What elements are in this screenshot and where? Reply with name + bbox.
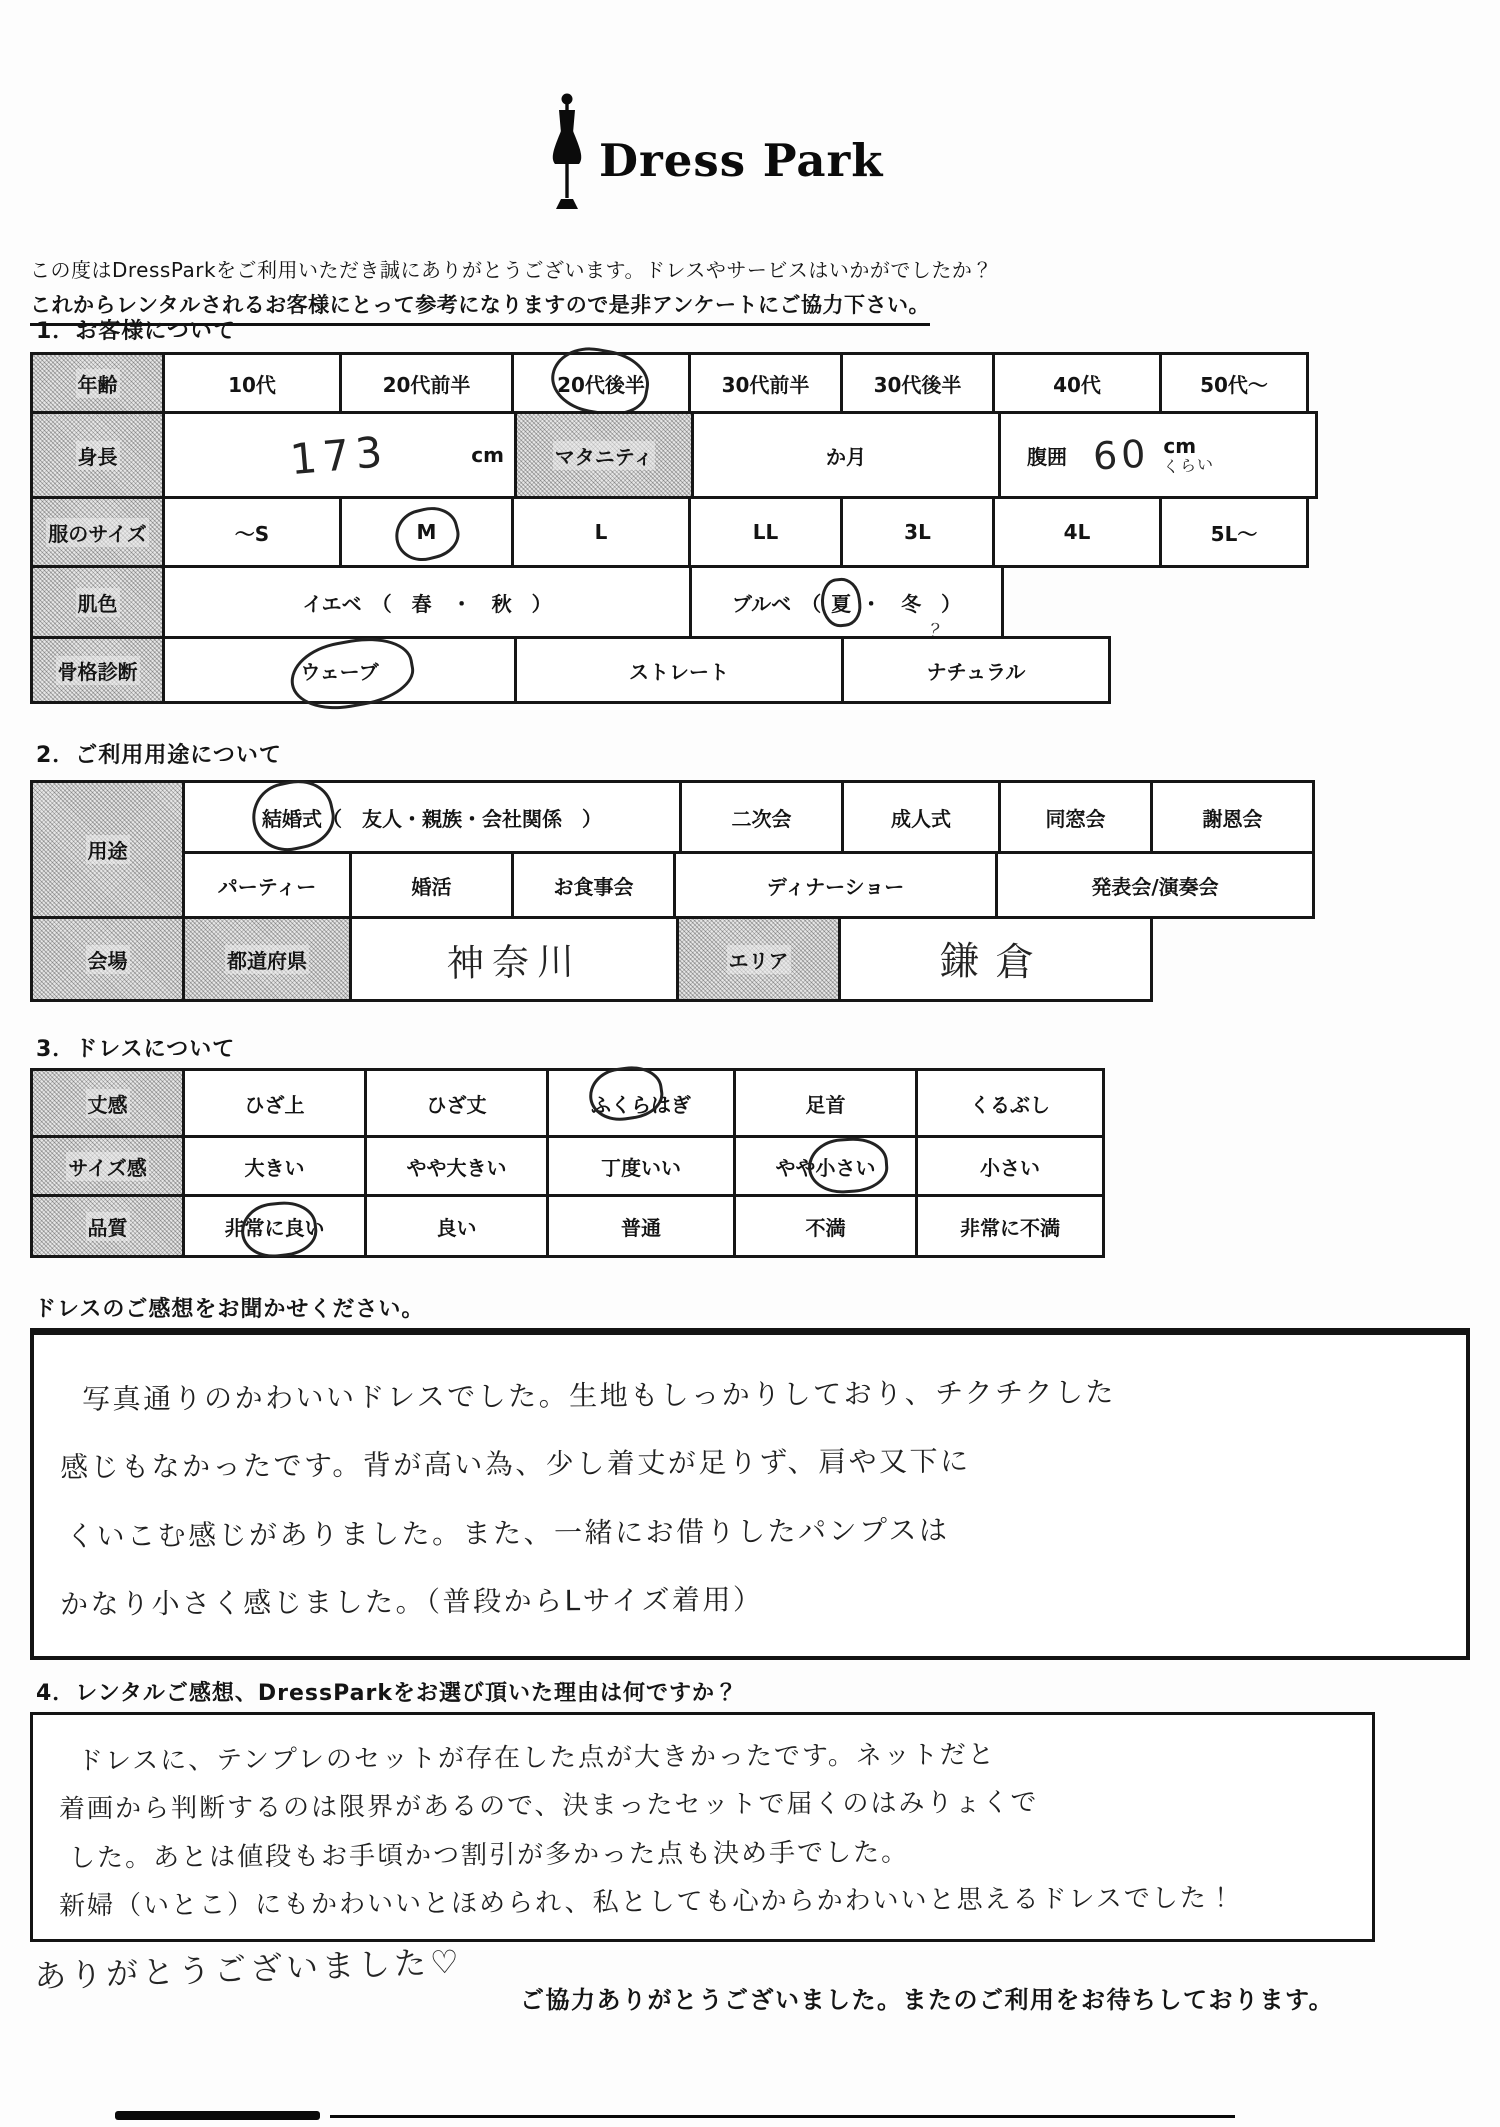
length-option: 足首 — [806, 1089, 846, 1118]
size-option: LL — [753, 520, 779, 544]
skin-yellow-cell: イエベ （ 春 ・ 秋 ） — [162, 565, 692, 639]
size-label: 服のサイズ — [46, 518, 148, 547]
fit-option-cell: 小さい — [915, 1135, 1105, 1197]
size-row: 服のサイズ ～S M L LL 3L 4L 5L～ — [30, 496, 1318, 568]
size-option: 3L — [904, 520, 931, 544]
age-option-cell: 20代後半 — [511, 352, 691, 414]
intro-line-1: この度はDressParkをご利用いただき誠にありがとうございます。ドレスやサー… — [30, 254, 993, 283]
purpose-option: 発表会/演奏会 — [1091, 871, 1218, 900]
size-option-cell: M — [339, 496, 514, 568]
age-option: 20代前半 — [383, 369, 471, 398]
wedding-detail: （ 友人・親族・会社関係 ） — [322, 803, 602, 832]
purpose-label: 用途 — [86, 835, 130, 864]
quality-option-cell: 良い — [364, 1194, 549, 1258]
area-value-cell: 鎌倉 — [838, 916, 1153, 1002]
size-option: L — [595, 520, 608, 544]
height-handwritten-value: 173 — [288, 426, 390, 483]
fit-row: サイズ感 大きい やや大きい 丁度いい やや小さい 小さい — [30, 1135, 1105, 1197]
purpose-option-cell: パーティー — [182, 851, 352, 919]
length-option: ひざ丈 — [427, 1089, 487, 1118]
section2-title: 2．ご利用用途について — [36, 738, 282, 769]
usage-table: 用途 結婚式 （ 友人・親族・会社関係 ） 二次会 成人式 同窓会 謝恩会 パー… — [30, 780, 1315, 1002]
age-option-cell: 30代後半 — [840, 352, 995, 414]
maternity-months-cell: か月 — [691, 411, 1001, 499]
size-option: 5L～ — [1211, 518, 1258, 547]
area-label: エリア — [727, 945, 791, 974]
questionnaire-page: Dress Park この度はDressParkをご利用いただき誠にありがとうご… — [0, 0, 1500, 2127]
purpose-option: 謝恩会 — [1203, 803, 1263, 832]
waist-label: 腹囲 — [1027, 441, 1067, 470]
skin-blue-cell: ブルベ （ 夏 ・ 冬 ） ？ — [689, 565, 1004, 639]
scan-artifact-line — [330, 2115, 1235, 2118]
maternity-unit: か月 — [826, 441, 866, 470]
handwritten-line: 着画から判断するのは限界があるので、決まったセットで届くのはみりょくで — [59, 1780, 1346, 1826]
length-option-cell: ひざ丈 — [364, 1068, 549, 1138]
length-label: 丈感 — [86, 1089, 130, 1118]
height-value-cell: 173 cm — [162, 411, 517, 499]
purpose-option: 成人式 — [891, 803, 951, 832]
skin-tone-row: 肌色 イエベ （ 春 ・ 秋 ） ブルベ （ 夏 ・ 冬 ） ？ — [30, 565, 1318, 639]
area-handwritten-value: 鎌倉 — [940, 930, 1051, 988]
fit-option-cell: 丁度いい — [546, 1135, 736, 1197]
age-option: 50代～ — [1200, 369, 1268, 398]
venue-label: 会場 — [86, 945, 130, 974]
quality-row: 品質 非常に良い 良い 普通 不満 非常に不満 — [30, 1194, 1105, 1258]
age-option-cell: 10代 — [162, 352, 342, 414]
section3-title: 3．ドレスについて — [36, 1032, 235, 1063]
skeleton-row: 骨格診断 ウェーブ ストレート ナチュラル — [30, 636, 1318, 704]
height-header-cell: 身長 — [30, 411, 165, 499]
length-option-cell: くるぶし — [915, 1068, 1105, 1138]
age-label: 年齢 — [76, 369, 120, 398]
purpose-option: ディナーショー — [767, 871, 905, 900]
quality-option-cell: 非常に良い — [182, 1194, 367, 1258]
skeleton-selected-circle: ウェーブ — [300, 656, 378, 685]
handwritten-thanks: ありがとうございました♡ — [33, 1937, 463, 1998]
quality-label: 品質 — [86, 1212, 130, 1241]
fit-header-cell: サイズ感 — [30, 1135, 185, 1197]
skeleton-header-cell: 骨格診断 — [30, 636, 165, 704]
section4-title: 4．レンタルご感想、DressParkをお選び頂いた理由は何ですか？ — [36, 1676, 738, 1707]
quality-option: 良い — [437, 1212, 477, 1241]
quality-option-cell: 不満 — [733, 1194, 918, 1258]
quality-option-cell: 非常に不満 — [915, 1194, 1105, 1258]
handwritten-line: 写真通りのかわいいドレスでした。生地もしっかりしており、チクチクした — [82, 1368, 1440, 1417]
purpose-option: 二次会 — [732, 803, 792, 832]
scan-artifact-bar — [115, 2111, 320, 2120]
purpose-option-cell: 婚活 — [349, 851, 514, 919]
purpose-option-cell: ディナーショー — [673, 851, 998, 919]
handwritten-line: くいこむ感じがありました。また、一緒にお借りしたパンプスは — [66, 1505, 1440, 1555]
maternity-header-cell: マタニティ — [514, 411, 694, 499]
purpose-row-2: パーティー 婚活 お食事会 ディナーショー 発表会/演奏会 — [182, 851, 1315, 919]
height-row: 身長 173 cm マタニティ か月 腹囲 60 cm くらい — [30, 411, 1318, 499]
age-header-cell: 年齢 — [30, 352, 165, 414]
purpose-option-cell: 同窓会 — [998, 780, 1153, 854]
quality-option: 不満 — [806, 1212, 846, 1241]
section1-title: 1．お客様について — [36, 314, 236, 345]
handwritten-line: 感じもなかったです。背が高い為、少し着丈が足りず、肩や又下に — [60, 1437, 1440, 1487]
purpose-option-cell: 発表会/演奏会 — [995, 851, 1315, 919]
skin-blue-option-suffix: ・ 冬 ） — [861, 588, 961, 617]
venue-row: 会場 都道府県 神奈川 エリア 鎌倉 — [30, 916, 1315, 1002]
fit-option-cell: やや小さい — [733, 1135, 918, 1197]
length-option-cell: 足首 — [733, 1068, 918, 1138]
purpose-option-cell: お食事会 — [511, 851, 676, 919]
purpose-block: 用途 結婚式 （ 友人・親族・会社関係 ） 二次会 成人式 同窓会 謝恩会 パー… — [30, 780, 1315, 919]
area-header-cell: エリア — [676, 916, 841, 1002]
waist-cell: 腹囲 60 cm くらい — [998, 411, 1318, 499]
size-header-cell: 服のサイズ — [30, 496, 165, 568]
brand-text: Dress Park — [599, 134, 883, 187]
quality-option: 普通 — [621, 1212, 661, 1241]
skeleton-option: ナチュラル — [927, 656, 1026, 685]
height-unit: cm — [471, 443, 504, 467]
age-option-cell: 40代 — [992, 352, 1162, 414]
prefecture-value-cell: 神奈川 — [349, 916, 679, 1002]
wedding-cell: 結婚式 （ 友人・親族・会社関係 ） — [182, 780, 682, 854]
rental-feedback-box: ドレスに、テンプレのセットが存在した点が大きかったです。ネットだと 着画から判断… — [30, 1712, 1375, 1942]
age-selected-circle: 20代後半 — [557, 369, 645, 398]
length-option-cell: ひざ上 — [182, 1068, 367, 1138]
fit-option: 丁度いい — [601, 1152, 681, 1181]
fit-label: サイズ感 — [66, 1152, 148, 1181]
dress-table: 丈感 ひざ上 ひざ丈 ふくらはぎ 足首 くるぶし サイズ感 大きい やや大きい … — [30, 1068, 1105, 1258]
size-option-cell: 3L — [840, 496, 995, 568]
purpose-options: 結婚式 （ 友人・親族・会社関係 ） 二次会 成人式 同窓会 謝恩会 パーティー… — [182, 780, 1315, 919]
length-option: くるぶし — [970, 1089, 1050, 1118]
handwritten-line: 新婦（いとこ）にもかわいいとほめられ、私としても心からかわいいと思えるドレスでし… — [59, 1876, 1346, 1922]
age-option: 40代 — [1053, 369, 1101, 398]
age-option: 10代 — [228, 369, 276, 398]
age-row: 年齢 10代 20代前半 20代後半 30代前半 30代後半 40代 50代～ — [30, 352, 1318, 414]
purpose-option-cell: 謝恩会 — [1150, 780, 1315, 854]
handwritten-line: した。あとは値段もお手頃かつ割引が多かった点も決め手でした。 — [69, 1828, 1346, 1874]
wedding-selected-circle: 結婚式 — [262, 803, 322, 832]
age-option: 30代後半 — [874, 369, 962, 398]
skin-header-cell: 肌色 — [30, 565, 165, 639]
handwritten-line: ドレスに、テンプレのセットが存在した点が大きかったです。ネットだと — [77, 1732, 1346, 1778]
prefecture-header-cell: 都道府県 — [182, 916, 352, 1002]
skeleton-option-cell: ストレート — [514, 636, 844, 704]
size-option-cell: 4L — [992, 496, 1162, 568]
prefecture-handwritten-value: 神奈川 — [446, 931, 582, 987]
handwritten-line: かなり小さく感じました。（普段からLサイズ着用） — [60, 1573, 1440, 1623]
age-option: 30代前半 — [722, 369, 810, 398]
skin-yellow-option: イエベ （ 春 ・ 秋 ） — [302, 588, 551, 617]
skeleton-option-cell: ナチュラル — [841, 636, 1111, 704]
fit-option: 大きい — [245, 1152, 305, 1181]
purpose-option-cell: 成人式 — [841, 780, 1001, 854]
waist-unit: cm — [1163, 435, 1196, 457]
fit-selected-circle: やや小さい — [776, 1152, 876, 1181]
purpose-header-cell: 用途 — [30, 780, 185, 919]
purpose-option: お食事会 — [554, 871, 634, 900]
dress-feedback-box: 写真通りのかわいいドレスでした。生地もしっかりしており、チクチクした 感じもなか… — [30, 1328, 1470, 1660]
waist-handwritten-value: 60 — [1092, 432, 1151, 479]
length-row: 丈感 ひざ上 ひざ丈 ふくらはぎ 足首 くるぶし — [30, 1068, 1105, 1138]
quality-option-cell: 普通 — [546, 1194, 736, 1258]
size-option: ～S — [235, 518, 269, 547]
skeleton-label: 骨格診断 — [56, 656, 140, 685]
logo: Dress Park — [545, 92, 883, 214]
fit-option: 小さい — [980, 1152, 1040, 1181]
length-selected-circle: ふくらはぎ — [591, 1089, 691, 1118]
size-option: 4L — [1064, 520, 1091, 544]
skeleton-option: ストレート — [629, 656, 729, 685]
age-option-cell: 50代～ — [1159, 352, 1309, 414]
size-option-cell: LL — [688, 496, 843, 568]
skin-selected-circle: 夏 — [831, 588, 851, 617]
prefecture-label: 都道府県 — [225, 945, 309, 974]
purpose-option: パーティー — [218, 871, 316, 900]
length-header-cell: 丈感 — [30, 1068, 185, 1138]
age-option-cell: 20代前半 — [339, 352, 514, 414]
purpose-row-1: 結婚式 （ 友人・親族・会社関係 ） 二次会 成人式 同窓会 謝恩会 — [182, 780, 1315, 854]
skeleton-option-cell: ウェーブ — [162, 636, 517, 704]
fit-option-cell: やや大きい — [364, 1135, 549, 1197]
quality-option: 非常に不満 — [960, 1212, 1060, 1241]
waist-approx-note: くらい — [1163, 455, 1215, 476]
skin-label: 肌色 — [76, 588, 120, 617]
dress-feedback-label: ドレスのご感想をお聞かせください。 — [34, 1292, 424, 1323]
height-label: 身長 — [76, 441, 120, 470]
footer-note: ご協力ありがとうございました。またのご利用をお待ちしております。 — [520, 1980, 1334, 2015]
dress-form-icon — [545, 92, 589, 214]
fit-option-cell: 大きい — [182, 1135, 367, 1197]
age-option-cell: 30代前半 — [688, 352, 843, 414]
quality-header-cell: 品質 — [30, 1194, 185, 1258]
quality-selected-circle: 非常に良い — [225, 1212, 325, 1241]
maternity-label: マタニティ — [553, 441, 655, 470]
purpose-option-cell: 二次会 — [679, 780, 844, 854]
venue-header-cell: 会場 — [30, 916, 185, 1002]
fit-option: やや大きい — [407, 1152, 507, 1181]
skin-blue-option: ブルベ （ — [732, 588, 821, 617]
purpose-option: 同窓会 — [1046, 803, 1106, 832]
size-option-cell: L — [511, 496, 691, 568]
size-option-cell: ～S — [162, 496, 342, 568]
size-option-cell: 5L～ — [1159, 496, 1309, 568]
purpose-option: 婚活 — [412, 871, 452, 900]
length-option: ひざ上 — [245, 1089, 305, 1118]
length-option-cell: ふくらはぎ — [546, 1068, 736, 1138]
customer-table: 年齢 10代 20代前半 20代後半 30代前半 30代後半 40代 50代～ … — [30, 352, 1318, 704]
size-selected-circle: M — [417, 520, 437, 544]
